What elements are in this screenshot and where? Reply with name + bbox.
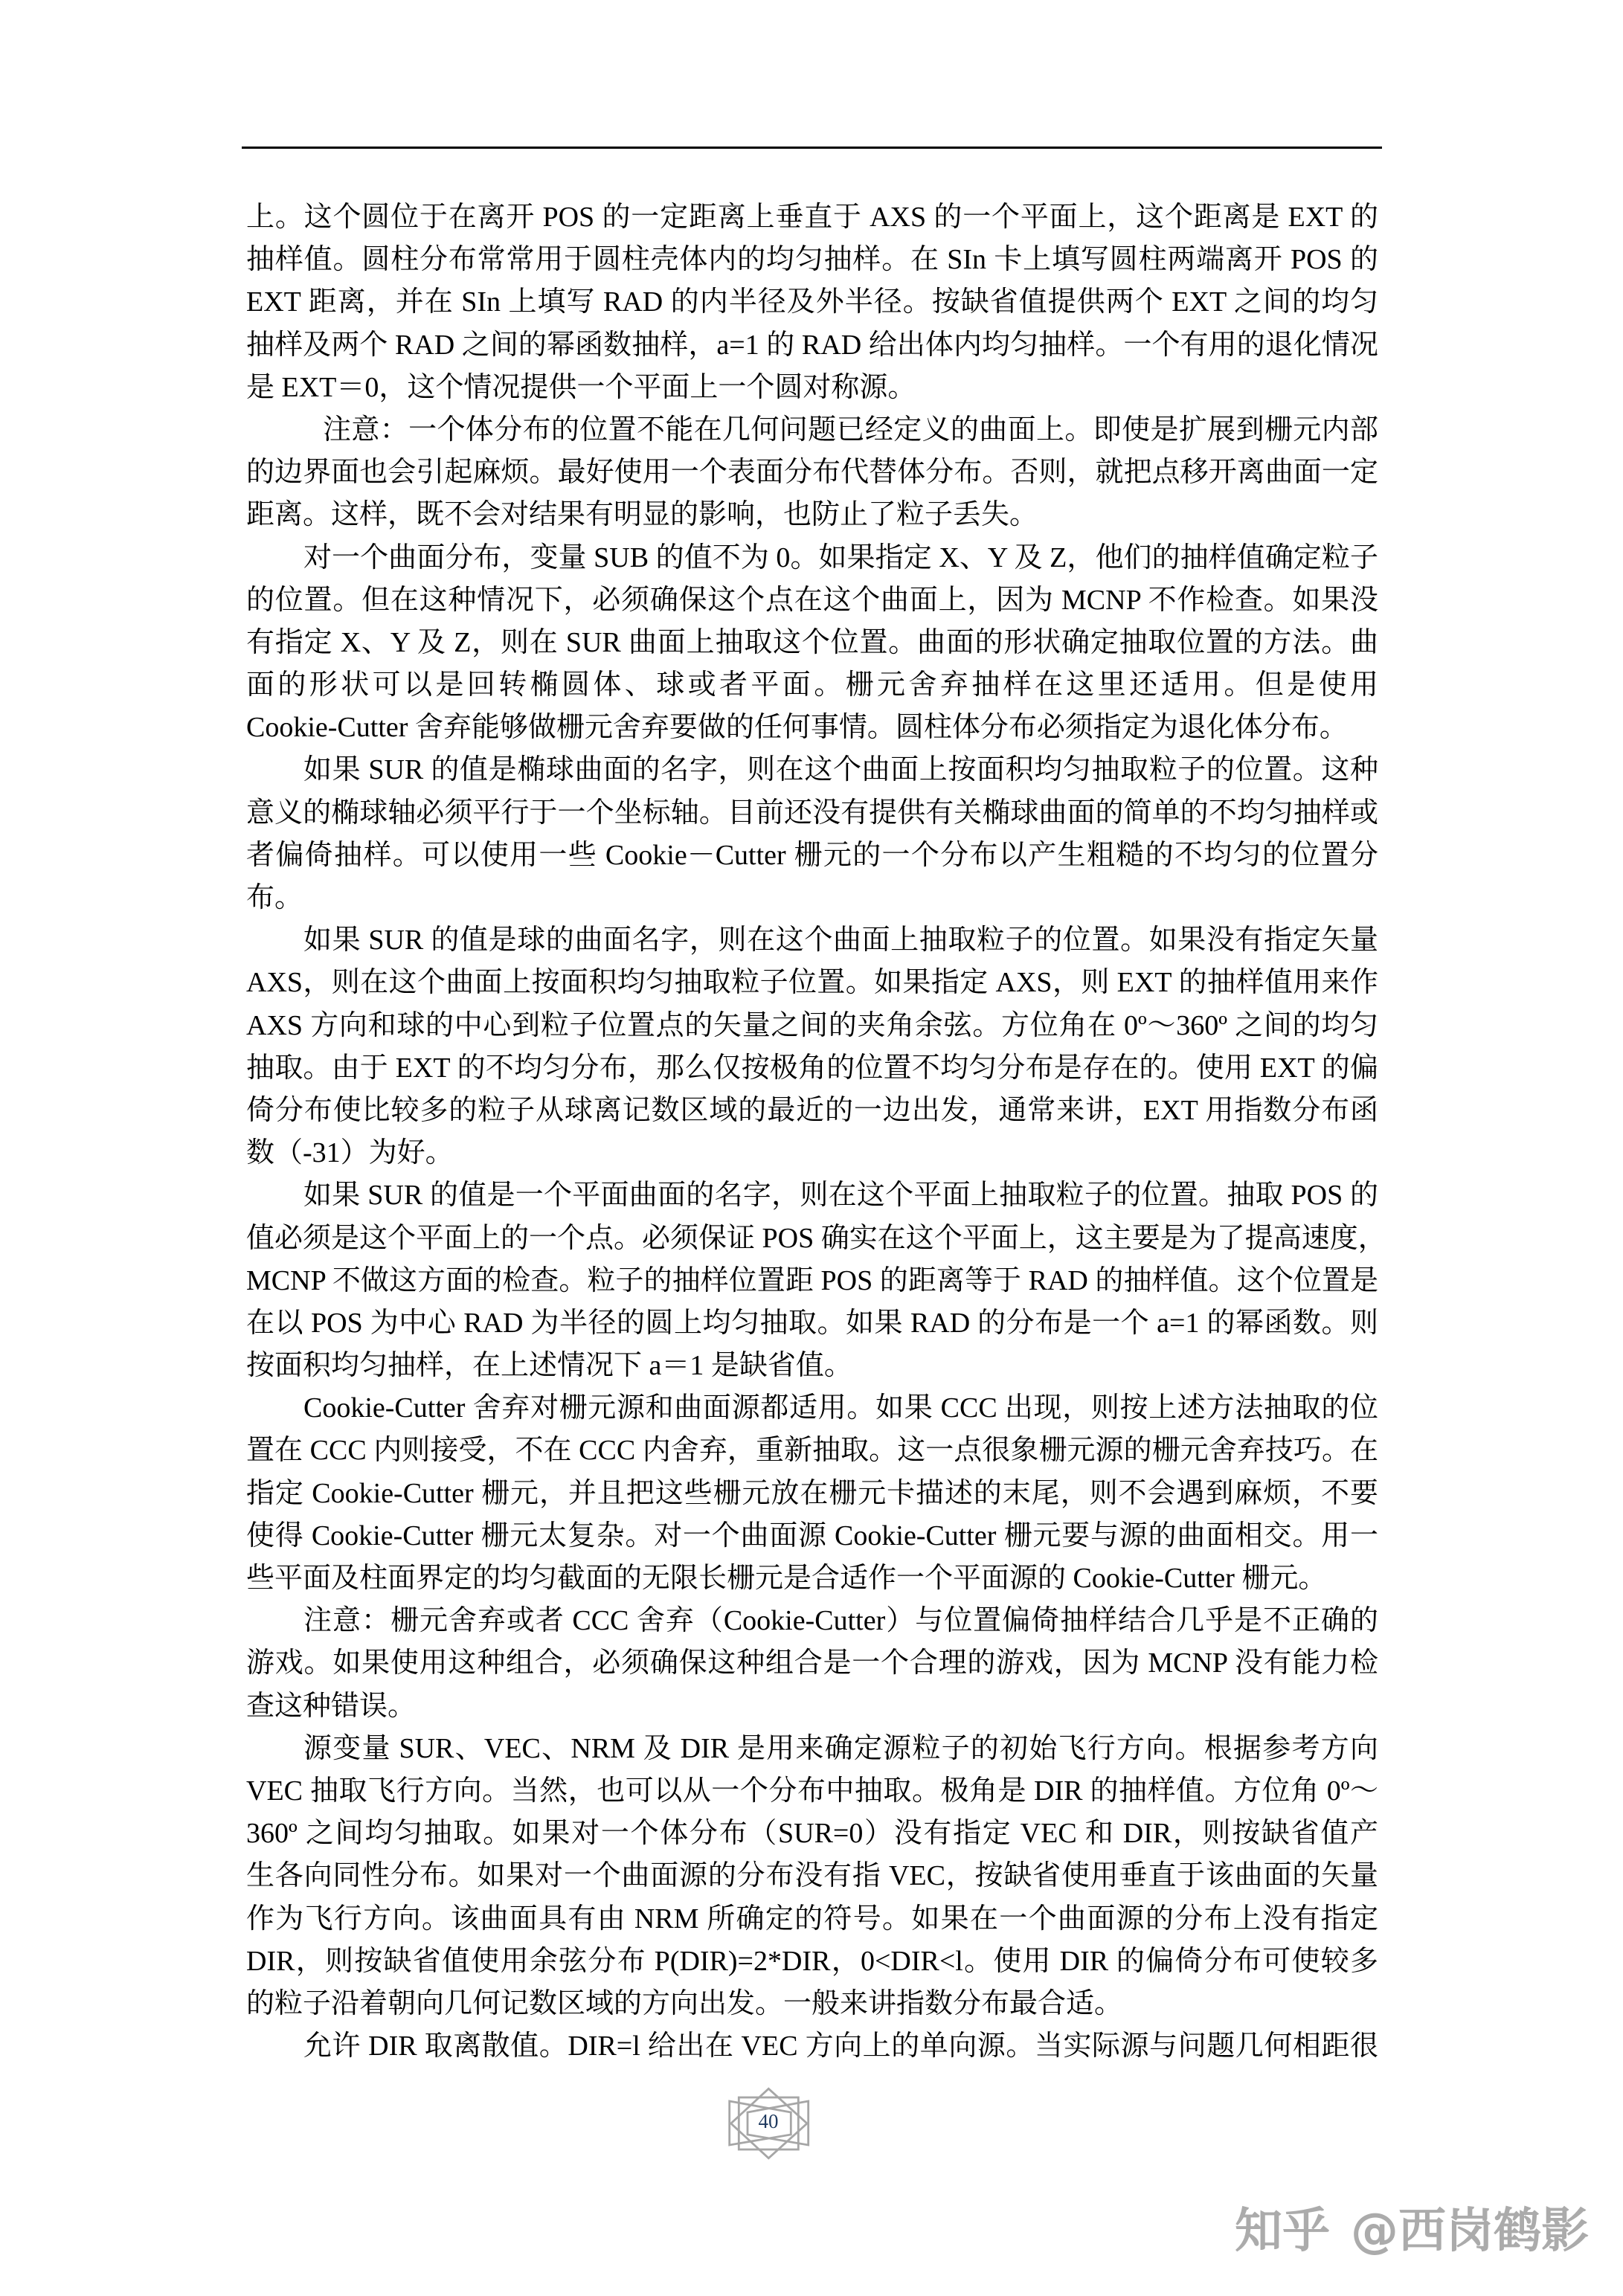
header-rule [242,147,1382,149]
text-line: 数（-31）为好。 [246,1132,1378,1174]
text-line: DIR，则按缺省值使用余弦分布 P(DIR)=2*DIR，0<DIR<l。使用 … [246,1940,1378,1983]
text-line: 意义的椭球轴必须平行于一个坐标轴。目前还没有提供有关椭球曲面的简单的不均匀抽样或 [246,792,1378,835]
text-line: 是 EXT＝0，这个情况提供一个平面上一个圆对称源。 [246,367,1378,409]
text-line: 源变量 SUR、VEC、NRM 及 DIR 是用来确定源粒子的初始飞行方向。根据… [246,1728,1378,1770]
text-line: 距离。这样，既不会对结果有明显的影响，也防止了粒子丢失。 [246,494,1378,536]
text-line: 注意：栅元舍弃或者 CCC 舍弃（Cookie-Cutter）与位置偏倚抽样结合… [246,1600,1378,1642]
paragraph-1: 上。这个圆位于在离开 POS 的一定距离上垂直于 AXS 的一个平面上，这个距离… [246,196,1378,409]
text-line: 游戏。如果使用这种组合，必须确保这种组合是一个合理的游戏，因为 MCNP 没有能… [246,1642,1378,1685]
text-line: 有指定 X、Y 及 Z，则在 SUR 曲面上抽取这个位置。曲面的形状确定抽取位置… [246,622,1378,664]
paragraph-7: Cookie-Cutter 舍弃对栅元源和曲面源都适用。如果 CCC 出现，则按… [246,1387,1378,1600]
text-line: 生各向同性分布。如果对一个曲面源的分布没有指 VEC，按缺省使用垂直于该曲面的矢… [246,1855,1378,1897]
text-line: 如果 SUR 的值是球的曲面名字，则在这个曲面上抽取粒子的位置。如果没有指定矢量 [246,919,1378,962]
watermark-author: @西岗鹤影 [1351,2204,1589,2259]
text-line: Cookie-Cutter 舍弃对栅元源和曲面源都适用。如果 CCC 出现，则按… [246,1387,1378,1430]
text-line: 对一个曲面分布，变量 SUB 的值不为 0。如果指定 X、Y 及 Z，他们的抽样… [246,537,1378,579]
text-line: MCNP 不做这方面的检查。粒子的抽样位置距 POS 的距离等于 RAD 的抽样… [246,1260,1378,1302]
text-line: 的粒子沿着朝向几何记数区域的方向出发。一般来讲指数分布最合适。 [246,1983,1378,2025]
text-line: 抽样及两个 RAD 之间的幂函数抽样，a=1 的 RAD 给出体内均匀抽样。一个… [246,324,1378,367]
paragraph-5: 如果 SUR 的值是球的曲面名字，则在这个曲面上抽取粒子的位置。如果没有指定矢量… [246,919,1378,1174]
text-line: AXS，则在这个曲面上按面积均匀抽取粒子位置。如果指定 AXS，则 EXT 的抽… [246,962,1378,1004]
text-line: 上。这个圆位于在离开 POS 的一定距离上垂直于 AXS 的一个平面上，这个距离… [246,196,1378,239]
text-line: 些平面及柱面界定的均匀截面的无限长栅元是合适作一个平面源的 Cookie-Cut… [246,1557,1378,1600]
text-line: 按面积均匀抽样，在上述情况下 a＝1 是缺省值。 [246,1345,1378,1387]
page-number: 40 [746,2109,791,2133]
text-line: 的位置。但在这种情况下，必须确保这个点在这个曲面上，因为 MCNP 不作检查。如… [246,579,1378,622]
text-line: 者偏倚抽样。可以使用一些 Cookie－Cutter 栅元的一个分布以产生粗糙的… [246,835,1378,877]
text-line: EXT 距离，并在 SIn 上填写 RAD 的内半径及外半径。按缺省值提供两个 … [246,281,1378,324]
text-line: 抽样值。圆柱分布常常用于圆柱壳体内的均匀抽样。在 SIn 卡上填写圆柱两端离开 … [246,239,1378,281]
watermark-platform: 知乎 [1235,2204,1330,2259]
text-line: AXS 方向和球的中心到粒子位置点的矢量之间的夹角余弦。方位角在 0º～360º… [246,1005,1378,1047]
text-line: 允许 DIR 取离散值。DIR=l 给出在 VEC 方向上的单向源。当实际源与问… [246,2025,1378,2068]
text-line: 如果 SUR 的值是一个平面曲面的名字，则在这个平面上抽取粒子的位置。抽取 PO… [246,1174,1378,1217]
paragraph-8-note: 注意：栅元舍弃或者 CCC 舍弃（Cookie-Cutter）与位置偏倚抽样结合… [246,1600,1378,1728]
paragraph-9: 源变量 SUR、VEC、NRM 及 DIR 是用来确定源粒子的初始飞行方向。根据… [246,1728,1378,2025]
text-line: 抽取。由于 EXT 的不均匀分布，那么仅按极角的位置不均匀分布是存在的。使用 E… [246,1047,1378,1090]
text-line: 值必须是这个平面上的一个点。必须保证 POS 确实在这个平面上，这主要是为了提高… [246,1218,1378,1260]
text-line: 查这种错误。 [246,1685,1378,1728]
paragraph-10: 允许 DIR 取离散值。DIR=l 给出在 VEC 方向上的单向源。当实际源与问… [246,2025,1378,2068]
text-line: 置在 CCC 内则接受，不在 CCC 内舍弃，重新抽取。这一点很象栅元源的栅元舍… [246,1430,1378,1472]
text-line: 面的形状可以是回转椭圆体、球或者平面。栅元舍弃抽样在这里还适用。但是使用 [246,664,1378,707]
text-line: 注意：一个体分布的位置不能在几何问题已经定义的曲面上。即使是扩展到栅元内部 [246,409,1378,451]
text-line: 如果 SUR 的值是椭球曲面的名字，则在这个曲面上按面积均匀抽取粒子的位置。这种 [246,749,1378,791]
text-line: 布。 [246,877,1378,919]
paragraph-6: 如果 SUR 的值是一个平面曲面的名字，则在这个平面上抽取粒子的位置。抽取 PO… [246,1174,1378,1387]
text-line: Cookie-Cutter 舍弃能够做栅元舍弃要做的任何事情。圆柱体分布必须指定… [246,707,1378,749]
text-line: 作为飞行方向。该曲面具有由 NRM 所确定的符号。如果在一个曲面源的分布上没有指… [246,1898,1378,1940]
paragraph-4: 如果 SUR 的值是椭球曲面的名字，则在这个曲面上按面积均匀抽取粒子的位置。这种… [246,749,1378,919]
text-line: 360º 之间均匀抽取。如果对一个体分布（SUR=0）没有指定 VEC 和 DI… [246,1813,1378,1855]
text-line: 使得 Cookie-Cutter 栅元太复杂。对一个曲面源 Cookie-Cut… [246,1515,1378,1557]
text-line: 的边界面也会引起麻烦。最好使用一个表面分布代替体分布。否则，就把点移开离曲面一定 [246,451,1378,494]
text-line: 倚分布使比较多的粒子从球离记数区域的最近的一边出发，通常来讲，EXT 用指数分布… [246,1090,1378,1132]
text-line: VEC 抽取飞行方向。当然，也可以从一个分布中抽取。极角是 DIR 的抽样值。方… [246,1770,1378,1813]
paragraph-3: 对一个曲面分布，变量 SUB 的值不为 0。如果指定 X、Y 及 Z，他们的抽样… [246,537,1378,750]
text-line: 在以 POS 为中心 RAD 为半径的圆上均匀抽取。如果 RAD 的分布是一个 … [246,1302,1378,1345]
paragraph-2-note: 注意：一个体分布的位置不能在几何问题已经定义的曲面上。即使是扩展到栅元内部 的边… [246,409,1378,537]
document-body: 上。这个圆位于在离开 POS 的一定距离上垂直于 AXS 的一个平面上，这个距离… [246,196,1378,2068]
watermark: 知乎@西岗鹤影 [1235,2203,1589,2260]
text-line: 指定 Cookie-Cutter 栅元，并且把这些栅元放在栅元卡描述的末尾，则不… [246,1473,1378,1515]
